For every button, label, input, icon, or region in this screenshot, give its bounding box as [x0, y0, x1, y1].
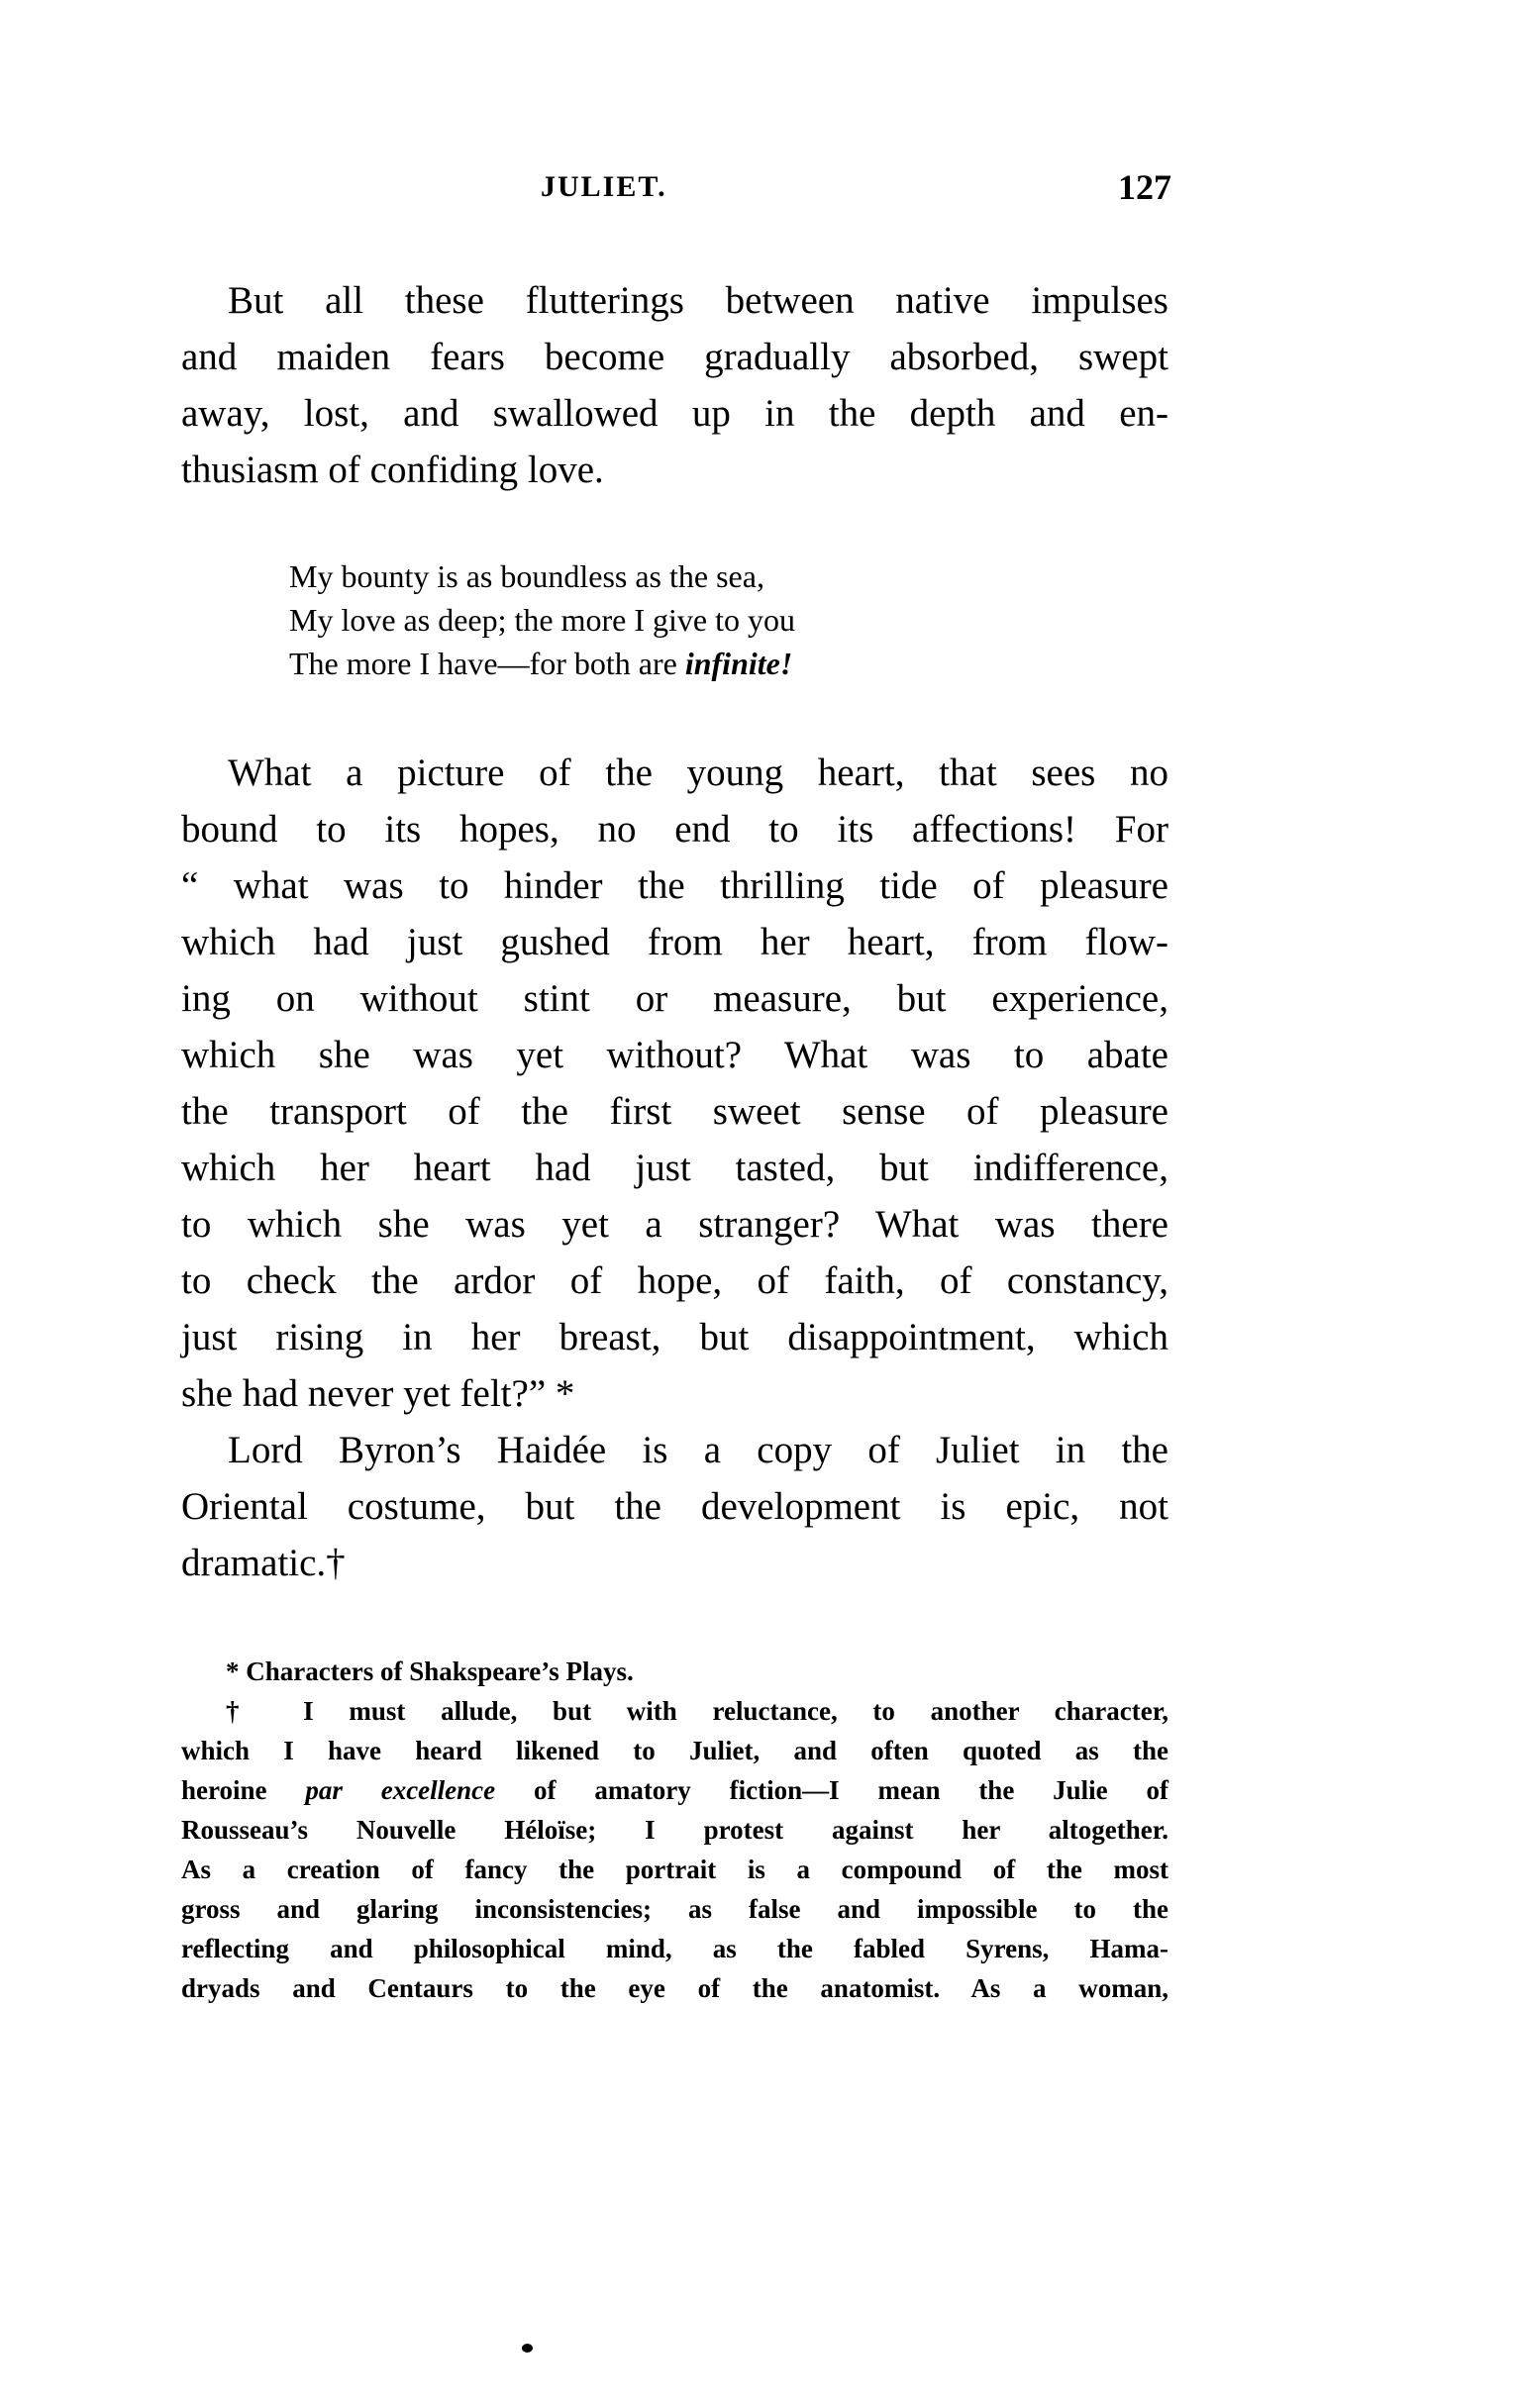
text-line: Oriental costume, but the development is… [181, 1478, 1168, 1535]
text-line: and maiden fears become gradually absorb… [181, 329, 1168, 385]
paragraph-3: Lord Byron’s Haidée is a copy of Juliet … [181, 1422, 1168, 1591]
footnote-dagger-line: gross and glaring inconsistencies; as fa… [181, 1889, 1168, 1929]
text-line: Lord Byron’s Haidée is a copy of Juliet … [181, 1422, 1168, 1478]
paragraph-2: What a picture of the young heart, that … [181, 745, 1168, 1422]
text-line: to which she was yet a stranger? What wa… [181, 1196, 1168, 1253]
running-head: JULIET. 127 [181, 170, 1171, 210]
footnote-star: * Characters of Shakspeare’s Plays. [181, 1652, 1168, 1691]
footnote-dagger-line: which I have heard likened to Juliet, an… [181, 1731, 1168, 1770]
book-page: JULIET. 127 But all these flutterings be… [0, 0, 1523, 2408]
verse-text: The more I have—for both are [289, 646, 685, 681]
footnote-text: heroine [181, 1775, 305, 1805]
verse-quotation: My bounty is as boundless as the sea, My… [289, 554, 982, 685]
footnotes: * Characters of Shakspeare’s Plays. † I … [181, 1652, 1168, 2008]
footnote-dagger-line: † I must allude, but with reluctance, to… [181, 1691, 1168, 1731]
running-head-title: JULIET. [541, 170, 667, 204]
verse-line: My bounty is as boundless as the sea, [289, 554, 982, 598]
text-line: bound to its hopes, no end to its affect… [181, 801, 1168, 857]
verse-emphasis: infinite! [685, 646, 792, 681]
text-line: to check the ardor of hope, of faith, of… [181, 1253, 1168, 1309]
text-line: which her heart had just tasted, but ind… [181, 1140, 1168, 1196]
verse-line: My love as deep; the more I give to you [289, 598, 982, 642]
text-line: which had just gushed from her heart, fr… [181, 914, 1168, 970]
text-line: just rising in her breast, but disappoin… [181, 1309, 1168, 1365]
footnote-text: of amatory fiction—I mean the Julie of [495, 1775, 1168, 1805]
text-line: ing on without stint or measure, but exp… [181, 970, 1168, 1027]
footnote-dagger-line: heroine par excellence of amatory fictio… [181, 1770, 1168, 1810]
text-line: What a picture of the young heart, that … [181, 745, 1168, 801]
text-line: thusiasm of confiding love. [181, 442, 1168, 498]
footnote-emphasis: par excellence [305, 1775, 495, 1805]
text-line: “ what was to hinder the thrilling tide … [181, 857, 1168, 914]
page-number: 127 [1118, 166, 1171, 208]
text-line: she had never yet felt?” * [181, 1365, 1168, 1422]
footnote-dagger-line: As a creation of fancy the portrait is a… [181, 1850, 1168, 1889]
verse-line: The more I have—for both are infinite! [289, 642, 982, 685]
paragraph-1: But all these flutterings between native… [181, 272, 1168, 498]
footnote-dagger-line: dryads and Centaurs to the eye of the an… [181, 1968, 1168, 2008]
text-line: dramatic.† [181, 1535, 1168, 1591]
footnote-dagger-line: reflecting and philosophical mind, as th… [181, 1929, 1168, 1968]
text-line: away, lost, and swallowed up in the dept… [181, 385, 1168, 442]
footnote-dagger-line: Rousseau’s Nouvelle Héloïse; I protest a… [181, 1810, 1168, 1850]
ink-speck [522, 2344, 533, 2353]
text-line: which she was yet without? What was to a… [181, 1027, 1168, 1083]
text-line: But all these flutterings between native… [181, 272, 1168, 329]
text-line: the transport of the first sweet sense o… [181, 1083, 1168, 1140]
